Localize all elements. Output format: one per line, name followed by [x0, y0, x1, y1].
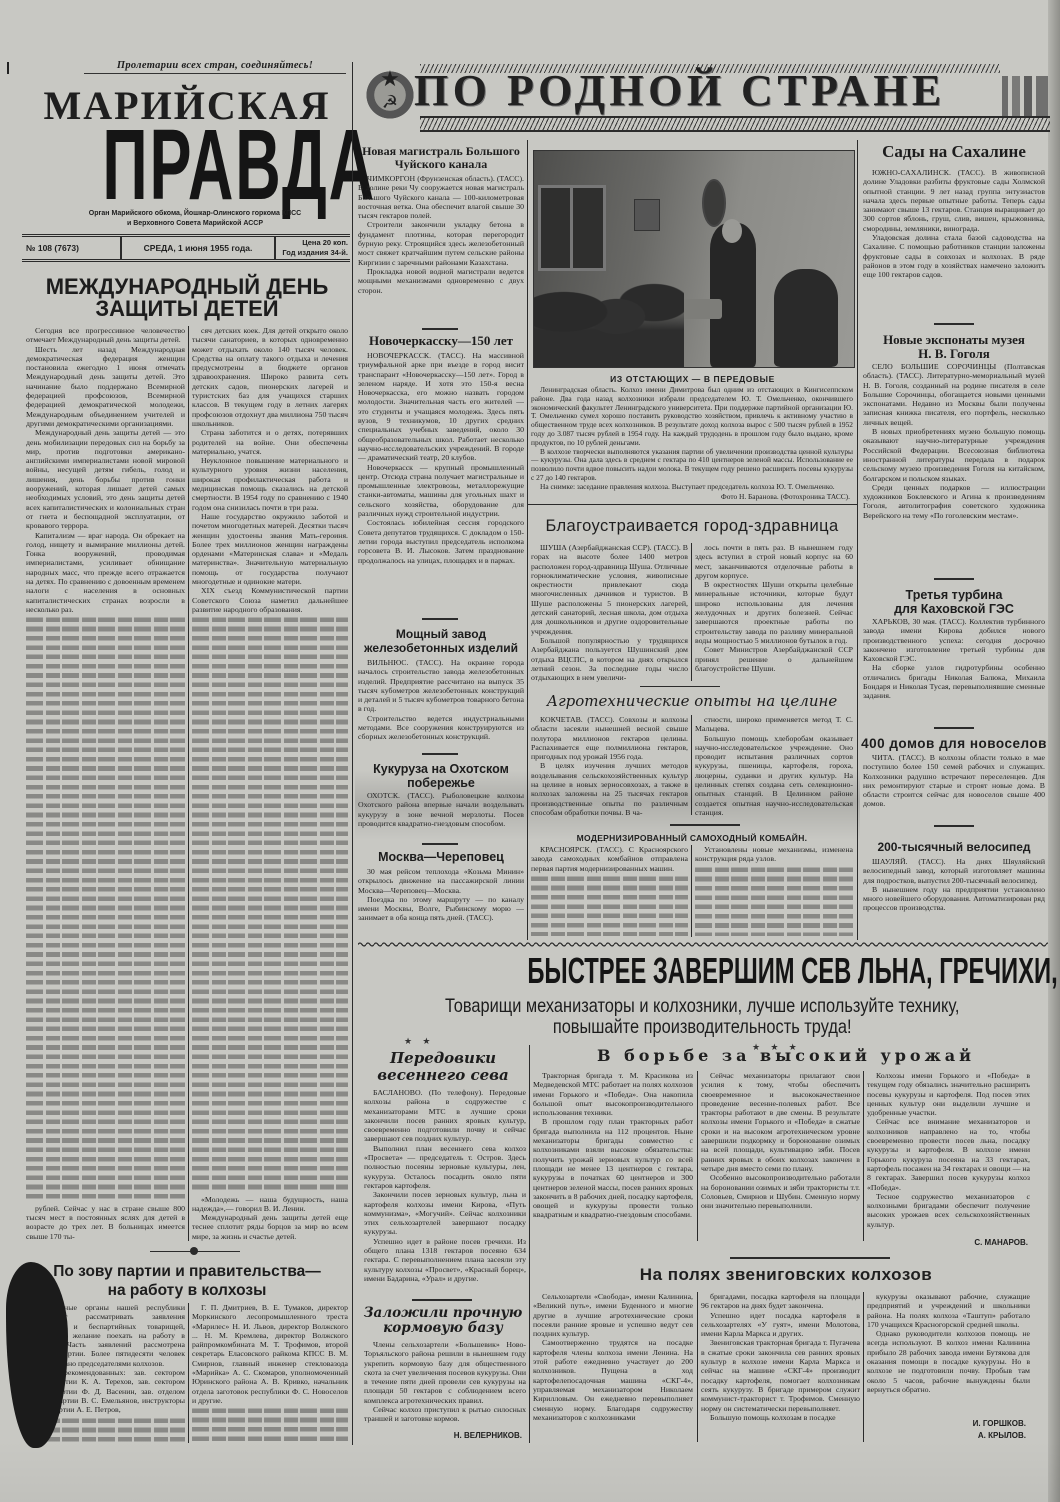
paragraph: ЧИТА. (ТАСС). В колхозы области только в… — [863, 753, 1045, 809]
paragraph: В нынешнем году на предприятии установле… — [863, 885, 1045, 913]
section-subheadline: Товарищи механизаторы и колхозники, лучш… — [354, 996, 1050, 1038]
article-body-bicycle: ШАУЛЯЙ. (ТАСС). На днях Шяуляйский велос… — [863, 857, 1045, 937]
column-rule — [352, 62, 353, 1445]
short-divider — [422, 753, 458, 755]
column-rule — [697, 1071, 698, 1241]
column-rule — [863, 1292, 864, 1442]
article-title-kakhovka-turbine: Третья турбина для Каховской ГЭС — [860, 588, 1048, 616]
article-body-children-day-col1: Сегодня все прогрессивное человечество о… — [26, 326, 185, 1241]
paragraph-list: ВИЛЬНЮС. (ТАСС). На окраине города начал… — [358, 658, 524, 742]
paragraph-list: рублей. Сейчас у нас в стране свыше 800 … — [26, 1204, 185, 1241]
section-divider — [730, 1257, 890, 1259]
section-headline: БЫСТРЕЕ ЗАВЕРШИМ СЕВ ЛЬНА, ГРЕЧИХИ, КУКУ… — [354, 952, 1050, 990]
paragraph: Тракторная бригада т. М. Красикова из Ме… — [533, 1071, 693, 1117]
paragraph: В целях изучения лучших методов возделыв… — [531, 761, 688, 817]
star-hammer-sickle-icon: ★ ☭ — [364, 66, 416, 124]
article-title-concrete-plant: Мощный завод железобетонных изделий — [357, 627, 525, 655]
column-rule — [527, 140, 528, 940]
article-body-combine-col2: Установлены новые механизмы, изменена ко… — [695, 845, 853, 937]
paragraph-list: сяч детских коек. Для детей открыто окол… — [192, 326, 348, 614]
article-body-gogol-museum: СЕЛО БОЛЬШИЕ СОРОЧИНЦЫ (Полтавская облас… — [863, 362, 1045, 570]
paragraph: Новочеркасск — крупный промышленный цент… — [358, 463, 524, 519]
paragraph: ВИЛЬНЮС. (ТАСС). На окраине города начал… — [358, 658, 524, 714]
section-divider — [527, 504, 857, 505]
paragraph: Ленинградская область. Колхоз имени Дими… — [531, 386, 853, 448]
short-divider — [422, 843, 458, 845]
article-title-okhotsk-corn: Кукуруза на Охотском побережье — [357, 762, 525, 790]
column-rule — [697, 1292, 698, 1442]
paragraph-list: СЕЛО БОЛЬШИЕ СОРОЧИНЦЫ (Полтавская облас… — [863, 362, 1045, 520]
paragraph: Колхозы имени Горького и «Победа» в теку… — [867, 1071, 1030, 1117]
article-body-new-settlers-houses: ЧИТА. (ТАСС). В колхозы области только в… — [863, 753, 1045, 819]
article-title-bicycle: 200-тысячный велосипед — [860, 840, 1048, 854]
article-body-kakhovka-turbine: ХАРЬКОВ, 30 мая. (ТАСС). Коллектив турби… — [863, 617, 1045, 721]
illegible-text — [26, 615, 185, 1203]
author-signature: С. МАНАРОВ. — [900, 1238, 1028, 1247]
author-signature: И. ГОРШКОВ. — [900, 1419, 1026, 1428]
paragraph-list: Сегодня все прогрессивное человечество о… — [26, 326, 185, 614]
column-rule — [188, 1303, 189, 1443]
paragraph-list: кукурузы оказывают рабочие, служащие пре… — [867, 1292, 1030, 1394]
column-rule — [188, 326, 189, 1241]
article-body-high-harvest-col3: Колхозы имени Горького и «Победа» в теку… — [867, 1071, 1030, 1235]
paragraph: Особенно высокопроизводительно работали … — [701, 1173, 860, 1210]
article-title-agro-trials: Агротехнические опыты на целине — [528, 692, 856, 710]
paragraph: «Молодежь — наша будущность, наша надежд… — [192, 1195, 348, 1214]
column-rule — [529, 1045, 530, 1443]
paragraph-list: КОКЧЕТАВ. (ТАСС). Совхозы и колхозы обла… — [531, 715, 688, 817]
article-body-okhotsk-corn: ОХОТСК. (ТАСС). Рыболовецкие колхозы Охо… — [358, 791, 524, 839]
photo-credit: Фото Н. Баранова. (Фотохроника ТАСС). — [640, 492, 850, 501]
paragraph: Установлены новые механизмы, изменена ко… — [695, 845, 853, 864]
paragraph: Строители закончили укладку бетона в фун… — [358, 220, 524, 266]
photo-standing-man-head — [722, 219, 742, 243]
paragraph: Успешно идет посадка картофеля в сельхоз… — [701, 1311, 860, 1339]
column-rule — [857, 140, 858, 940]
paragraph: ЮЖНО-САХАЛИНСК. (ТАСС). В живописной дол… — [863, 168, 1045, 233]
issue-number: № 108 (7673) — [26, 243, 79, 253]
scan-mark — [7, 62, 9, 74]
wavy-divider — [358, 941, 1048, 948]
paragraph: Звениговская тракторная бригада т. Пугач… — [701, 1338, 860, 1412]
article-title-zvenigovo-fields: На полях звениговских колхозов — [530, 1265, 1042, 1285]
paragraph-list: ОХОТСК. (ТАСС). Рыболовецкие колхозы Охо… — [358, 791, 524, 828]
masthead-organ: Орган Марийского обкома, Йошкар-Олинског… — [40, 209, 350, 229]
paragraph-list: 30 мая рейсом теплохода «Козьма Минин» о… — [358, 867, 524, 923]
paragraph: В окрестностях Шуши открыты целебные мин… — [695, 580, 853, 645]
author-signature: А. КРЫЛОВ. — [900, 1431, 1026, 1440]
paragraph-list: КРАСНОЯРСК. (ТАСС). С Красноярского заво… — [531, 845, 688, 873]
paragraph: На сборке узлов гидротурбины особенно от… — [863, 663, 1045, 700]
article-body-sakhalin-gardens: ЮЖНО-САХАЛИНСК. (ТАСС). В живописной дол… — [863, 168, 1045, 318]
stars-ornament-icon: ★ ★ — [404, 1036, 434, 1047]
short-divider — [670, 824, 740, 826]
ornament-dot-icon — [190, 1247, 198, 1255]
photo-portrait-frame — [702, 179, 726, 227]
paragraph: В прошлом году план тракторных работ бри… — [533, 1117, 693, 1219]
paragraph: Международный день защиты детей — это де… — [26, 428, 185, 530]
paragraph: БАСЛАНОВО. (По телефону). Передовые колх… — [364, 1088, 526, 1144]
article-body-agro-trials-col1: КОКЧЕТАВ. (ТАСС). Совхозы и колхозы обла… — [531, 715, 688, 817]
paragraph-list: ШУША (Азербайджанская ССР). (ТАСС). В го… — [531, 543, 688, 682]
paragraph: ХАРЬКОВ, 30 мая. (ТАСС). Коллектив турби… — [863, 617, 1045, 663]
paragraph: Сейчас колхоз приступил к рытью силосных… — [364, 1405, 526, 1424]
paragraph: Сегодня все прогрессивное человечество о… — [26, 326, 185, 345]
illegible-text — [695, 865, 853, 936]
article-body-high-harvest-col1: Тракторная бригада т. М. Красикова из Ме… — [533, 1071, 693, 1241]
column-rule — [691, 715, 692, 815]
article-title-moscow-cherepovets: Москва—Череповец — [357, 850, 525, 864]
paragraph-list: Тракторная бригада т. М. Красикова из Ме… — [533, 1071, 693, 1220]
short-divider — [422, 328, 458, 330]
paragraph: Большую помощь колхозам в посадке — [701, 1413, 860, 1422]
article-body-shusha-col2: лось почти в пять раз. В нынешнем году з… — [695, 543, 853, 683]
paragraph-list: ХАРЬКОВ, 30 мая. (ТАСС). Коллектив турби… — [863, 617, 1045, 701]
paragraph-list: Г. П. Дмитриев, В. Е. Тумаков, директор … — [192, 1303, 348, 1405]
masthead-title-main-text: ПРАВДА — [102, 122, 376, 208]
paragraph-list: БАСЛАНОВО. (По телефону). Передовые колх… — [364, 1088, 526, 1283]
article-title-sakhalin-gardens: Сады на Сахалине — [860, 142, 1048, 162]
article-body-spring-sowing-leaders: БАСЛАНОВО. (По телефону). Передовые колх… — [364, 1088, 526, 1294]
paragraph: Г. П. Дмитриев, В. Е. Тумаков, директор … — [192, 1303, 348, 1405]
short-divider — [422, 618, 458, 620]
paragraph-list: Члены сельхозартели «Большевик» Ново-Тор… — [364, 1340, 526, 1424]
issue-price: Цена 20 коп. — [278, 238, 348, 247]
paragraph: Шесть лет назад Международная демократич… — [26, 345, 185, 429]
photo-seated-people — [534, 275, 684, 367]
paragraph: сяч детских коек. Для детей открыто окол… — [192, 326, 348, 428]
paragraph: Большую помощь хлеборобам оказывает науч… — [695, 734, 853, 817]
paragraph-list: бригадами, посадка картофеля на площади … — [701, 1292, 860, 1422]
paragraph: Состоялась юбилейная сессия городского С… — [358, 518, 524, 564]
paragraph: Уладовская долина стала базой садоводств… — [863, 233, 1045, 279]
paragraph-list: ЮЖНО-САХАЛИНСК. (ТАСС). В живописной дол… — [863, 168, 1045, 280]
paragraph: Самоотверженно трудятся на посадке карто… — [533, 1338, 693, 1422]
article-body-shusha-col1: ШУША (Азербайджанская ССР). (ТАСС). В го… — [531, 543, 688, 683]
paragraph-list: «Молодежь — наша будущность, наша надежд… — [192, 1195, 348, 1241]
paragraph: Сейчас все внимание механизаторов и колх… — [867, 1117, 1030, 1191]
article-title-new-settlers-houses: 400 домов для новоселов — [860, 736, 1048, 751]
article-body-zvenigovo-fields-col2: бригадами, посадка картофеля на площади … — [701, 1292, 860, 1442]
article-body-children-day-col2: сяч детских коек. Для детей открыто окол… — [192, 326, 348, 1241]
section-banner: ★ ☭ ПО РОДНОЙ СТРАНЕ — [362, 62, 1050, 132]
paragraph: ЧИМКОРГОН (Фрунзенская область). (ТАСС).… — [358, 174, 524, 220]
banner-hatching-bottom — [420, 116, 1050, 132]
short-divider — [934, 323, 974, 325]
article-body-agro-trials-col2: стности, широко применяется метод Т. С. … — [695, 715, 853, 817]
paragraph-list: лось почти в пять раз. В нынешнем году з… — [695, 543, 853, 673]
paragraph: Закончили посев зерновых культур, льна и… — [364, 1190, 526, 1236]
issue-date: СРЕДА, 1 июня 1955 года. — [122, 243, 274, 253]
article-title-children-day: МЕЖДУНАРОДНЫЙ ДЕНЬ ЗАЩИТЫ ДЕТЕЙ — [22, 276, 352, 320]
paragraph: Сейчас механизаторы прилагают свои усили… — [701, 1071, 860, 1173]
author-signature: Н. ВЕЛЕРНИКОВ. — [400, 1431, 522, 1440]
article-body-novocherkassk: НОВОЧЕРКАССК. (ТАСС). На массивной триум… — [358, 351, 524, 613]
paragraph: Международный день защиты детей еще тесн… — [192, 1213, 348, 1241]
illegible-text — [192, 615, 348, 1193]
short-divider — [934, 578, 974, 580]
photo-seated-woman — [774, 269, 838, 367]
banner-title: ПО РОДНОЙ СТРАНЕ — [414, 66, 1014, 116]
article-title-party-call: По зову партии и правительства— на работ… — [22, 1262, 352, 1300]
paragraph: Капитализм — враг народа. Он обрекает на… — [26, 531, 185, 615]
paragraph: СЕЛО БОЛЬШИЕ СОРОЧИНЦЫ (Полтавская облас… — [863, 362, 1045, 427]
paragraph: Члены сельхозартели «Большевик» Ново-Тор… — [364, 1340, 526, 1405]
paragraph: Прокладка новой водной магистрали ведетс… — [358, 267, 524, 295]
scan-right-edge — [1048, 0, 1060, 1502]
photo-caption-title: ИЗ ОТСТАЮЩИХ — В ПЕРЕДОВЫЕ — [530, 374, 855, 384]
paragraph: В новых приобретениях музею большую помо… — [863, 427, 1045, 483]
paragraph-list: Сейчас механизаторы прилагают свои усили… — [701, 1071, 860, 1210]
short-divider — [640, 686, 720, 687]
paragraph-list: стности, широко применяется метод Т. С. … — [695, 715, 853, 817]
column-rule — [863, 1071, 864, 1241]
paragraph: ШУША (Азербайджанская ССР). (ТАСС). В го… — [531, 543, 688, 636]
article-body-zvenigovo-fields-col3: кукурузы оказывают рабочие, служащие пре… — [867, 1292, 1030, 1414]
section-subheadline-text: Товарищи механизаторы и колхозники, лучш… — [445, 996, 959, 1038]
paragraph: бригадами, посадка картофеля на площади … — [701, 1292, 860, 1311]
paragraph: Тесное содружество механизаторов с колхо… — [867, 1192, 1030, 1229]
article-body-party-call-col2: Г. П. Дмитриев, В. Е. Тумаков, директор … — [192, 1303, 348, 1443]
article-title-combine: МОДЕРНИЗИРОВАННЫЙ САМОХОДНЫЙ КОМБАЙН. — [528, 833, 856, 843]
short-divider — [934, 727, 974, 729]
article-title-shusha: Благоустраивается город-здравница — [528, 517, 856, 536]
factory-icon — [1002, 76, 1048, 116]
paragraph: лось почти в пять раз. В нынешнем году з… — [695, 543, 853, 580]
paragraph: КРАСНОЯРСК. (ТАСС). С Красноярского заво… — [531, 845, 688, 873]
paragraph: стности, широко применяется метод Т. С. … — [695, 715, 853, 734]
scan-bottom-shade — [0, 1440, 1060, 1502]
paragraph: Страна заботится и о детях, потерявших р… — [192, 428, 348, 456]
paragraph: Выполнил план весеннего сева колхоз «Про… — [364, 1144, 526, 1190]
paragraph-list: Ленинградская область. Колхоз имени Дими… — [531, 386, 853, 492]
paragraph: Однако руководители колхозов помощь не в… — [867, 1329, 1030, 1394]
paragraph: Успешно идет в районе посев гречихи. Из … — [364, 1237, 526, 1283]
column-rule — [691, 543, 692, 681]
paragraph: Строительство ведется индустриальными ме… — [358, 714, 524, 742]
article-title-spring-sowing-leaders: Передовики весеннего сева — [358, 1050, 528, 1084]
paragraph-list: ЧИТА. (ТАСС). В колхозы области только в… — [863, 753, 1045, 809]
paragraph: В колхозе творчески выполняются указания… — [531, 448, 853, 483]
paragraph: Поездка по этому маршруту — по каналу им… — [358, 895, 524, 923]
paragraph: рублей. Сейчас у нас в стране свыше 800 … — [26, 1204, 185, 1241]
short-divider — [934, 825, 974, 827]
column-rule — [691, 845, 692, 937]
article-title-gogol-museum: Новые экспонаты музея Н. В. Гоголя — [860, 333, 1048, 361]
paragraph: 30 мая рейсом теплохода «Козьма Минин» о… — [358, 867, 524, 895]
article-body-combine-col1: КРАСНОЯРСК. (ТАСС). С Красноярского заво… — [531, 845, 688, 937]
paragraph: Неуклонное повышение материального и кул… — [192, 456, 348, 512]
paragraph: ШАУЛЯЙ. (ТАСС). На днях Шяуляйский велос… — [863, 857, 1045, 885]
paragraph: НОВОЧЕРКАССК. (ТАСС). На массивной триум… — [358, 351, 524, 463]
masthead-info-bar: № 108 (7673) СРЕДА, 1 июня 1955 года. Це… — [22, 234, 350, 262]
paragraph: КОКЧЕТАВ. (ТАСС). Совхозы и колхозы обла… — [531, 715, 688, 761]
illegible-text — [531, 874, 688, 936]
paragraph-list: НОВОЧЕРКАССК. (ТАСС). На массивной триум… — [358, 351, 524, 565]
paragraph-list: Колхозы имени Горького и «Победа» в теку… — [867, 1071, 1030, 1229]
paragraph: кукурузы оказывают рабочие, служащие пре… — [867, 1292, 1030, 1329]
article-body-concrete-plant: ВИЛЬНЮС. (ТАСС). На окраине города начал… — [358, 658, 524, 748]
paragraph: Среди ценных подарков — иллюстрации худо… — [863, 483, 1045, 520]
article-title-novocherkassk: Новочеркасску—150 лет — [357, 333, 525, 348]
article-body-high-harvest-col2: Сейчас механизаторы прилагают свои усили… — [701, 1071, 860, 1241]
photo-picture-frame — [634, 199, 660, 231]
photo-standing-man — [710, 223, 756, 367]
article-body-moscow-cherepovets: 30 мая рейсом теплохода «Козьма Минин» о… — [358, 867, 524, 939]
masthead-slogan: Пролетарии всех стран, соединяйтесь! — [84, 60, 346, 74]
article-body-chui-canal: ЧИМКОРГОН (Фрунзенская область). (ТАСС).… — [358, 174, 524, 324]
paragraph-list: Установлены новые механизмы, изменена ко… — [695, 845, 853, 864]
paragraph: Совет Министров Азербайджанской ССР прин… — [695, 645, 853, 673]
paragraph: XIX съезд Коммунистической партии Советс… — [192, 586, 348, 614]
illegible-text — [192, 1406, 348, 1442]
paragraph: Сельхозартели «Свобода», имени Калинина,… — [533, 1292, 693, 1338]
photo-window-bar — [570, 185, 573, 271]
photo-caption-body: Ленинградская область. Колхоз имени Дими… — [531, 386, 853, 492]
edition-year: Год издания 34-й. — [272, 248, 348, 257]
section-headline-text: БЫСТРЕЕ ЗАВЕРШИМ СЕВ ЛЬНА, ГРЕЧИХИ, КУКУ… — [527, 952, 1060, 990]
short-divider — [412, 1299, 472, 1301]
paragraph-list: ШАУЛЯЙ. (ТАСС). На днях Шяуляйский велос… — [863, 857, 1045, 913]
paragraph: На снимке: заседание правления колхоза. … — [531, 483, 853, 492]
article-title-chui-canal: Новая магистраль Большого Чуйского канал… — [357, 145, 525, 171]
paragraph: Большой популярностью у трудящихся Азерб… — [531, 636, 688, 682]
paragraph-list: Сельхозартели «Свобода», имени Калинина,… — [533, 1292, 693, 1422]
paragraph-list: ЧИМКОРГОН (Фрунзенская область). (ТАСС).… — [358, 174, 524, 295]
article-body-fodder-base: Члены сельхозартели «Большевик» Ново-Тор… — [364, 1340, 526, 1430]
paragraph: ОХОТСК. (ТАСС). Рыболовецкие колхозы Охо… — [358, 791, 524, 828]
article-title-fodder-base: Заложили прочную кормовую базу — [358, 1306, 528, 1336]
photo-meeting — [533, 150, 855, 368]
article-body-zvenigovo-fields-col1: Сельхозартели «Свобода», имени Калинина,… — [533, 1292, 693, 1442]
paragraph: Наше государство окружило заботой и поче… — [192, 512, 348, 586]
masthead-title-main: ПРАВДА — [22, 122, 352, 208]
article-title-high-harvest: В борьбе за высокий урожай — [530, 1046, 1042, 1065]
